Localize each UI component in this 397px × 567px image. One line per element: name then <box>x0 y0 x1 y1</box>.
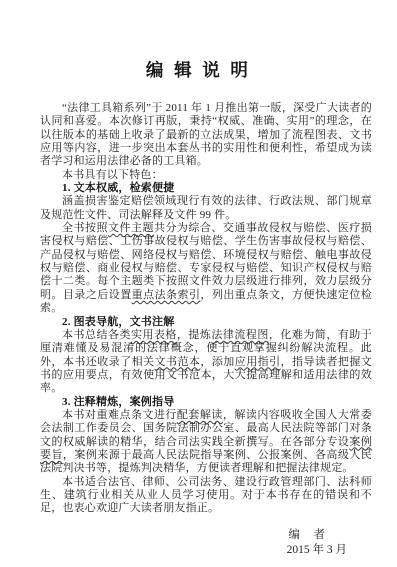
paragraph: “法律工具箱系列”于 2011 年 1 月推出第一版，深受广大读者的认同和喜爱。… <box>40 102 372 169</box>
text-run: 本书对重难点条文进行 <box>62 409 177 421</box>
text-run: 涵盖损害鉴定赔偿领域现行有效的法律、行政法规、部门规章及规范性文件、司法解释及文… <box>40 195 372 220</box>
emphasized-term: 重点法条索引 <box>132 289 201 301</box>
signature-date: 2015 年 3 月 <box>0 543 347 558</box>
paragraph: 本书对重难点条文进行配套解读，解读内容吸收全国人大常委会法制工作委员会、国务院法… <box>40 409 372 476</box>
text-run: “法律工具箱系列”于 2011 年 1 月推出第一版，深受广大读者的认同和喜爱。… <box>40 102 372 167</box>
emphasized-term: 文书范本 <box>155 356 201 368</box>
emphasized-term: 法律流程图 <box>211 329 268 341</box>
editorial-note-page: 编 辑 说 明 “法律工具箱系列”于 2011 年 1 月推出第一版，深受广大读… <box>0 0 397 567</box>
section-heading: 3. 注释精炼，案例指导 <box>40 396 372 409</box>
emphasized-term: 文件主题 <box>108 222 154 234</box>
text-run: 本书具有以下特色： <box>62 169 163 181</box>
text-run: 3. 注释精炼，案例指导 <box>62 396 174 408</box>
emphasized-term: 应用指引 <box>235 356 281 368</box>
text-run: ，添加 <box>200 356 234 368</box>
text-run: ，提炼 <box>177 329 211 341</box>
text-run: 全书按照 <box>62 222 108 234</box>
paragraph: 本书总结各类实用表格，提炼法律流程图，化难为简，有助于厘清难懂及易混淆的法律概念… <box>40 329 372 396</box>
emphasized-term: 配套解读 <box>177 409 223 421</box>
emphasized-term: 实用表格 <box>131 329 177 341</box>
page-title: 编 辑 说 明 <box>0 58 397 83</box>
signature-author: 编 者 <box>0 528 347 543</box>
document-body: “法律工具箱系列”于 2011 年 1 月推出第一版，深受广大读者的认同和喜爱。… <box>40 102 372 516</box>
text-run: 本书适合法官、律师、公司法务、建设行政管理部门、法科师生、建筑行业相关从业人员学… <box>40 476 372 515</box>
signature-block: 编 者 2015 年 3 月 <box>0 528 347 558</box>
paragraph: 本书具有以下特色： <box>40 169 372 182</box>
paragraph: 涵盖损害鉴定赔偿领域现行有效的法律、行政法规、部门规章及规范性文件、司法解释及文… <box>40 195 372 222</box>
section-heading: 2. 图表导航，文书注解 <box>40 316 372 329</box>
text-run: 1. 文本权威，检索便捷 <box>62 182 174 194</box>
text-run: 2. 图表导航，文书注解 <box>62 316 174 328</box>
text-run: 本书总结各类 <box>62 329 131 341</box>
paragraph: 本书适合法官、律师、公司法务、建设行政管理部门、法科师生、建筑行业相关从业人员学… <box>40 476 372 516</box>
section-heading: 1. 文本权威，检索便捷 <box>40 182 372 195</box>
text-run: ，案例来源于最高人民法院指导案例、公报案例、各高级人民法院判决书等，提炼判决精华… <box>40 449 372 474</box>
paragraph: 全书按照文件主题共分为综合、交通事故侵权与赔偿、医疗损害侵权与赔偿、工伤事故侵权… <box>40 222 372 315</box>
